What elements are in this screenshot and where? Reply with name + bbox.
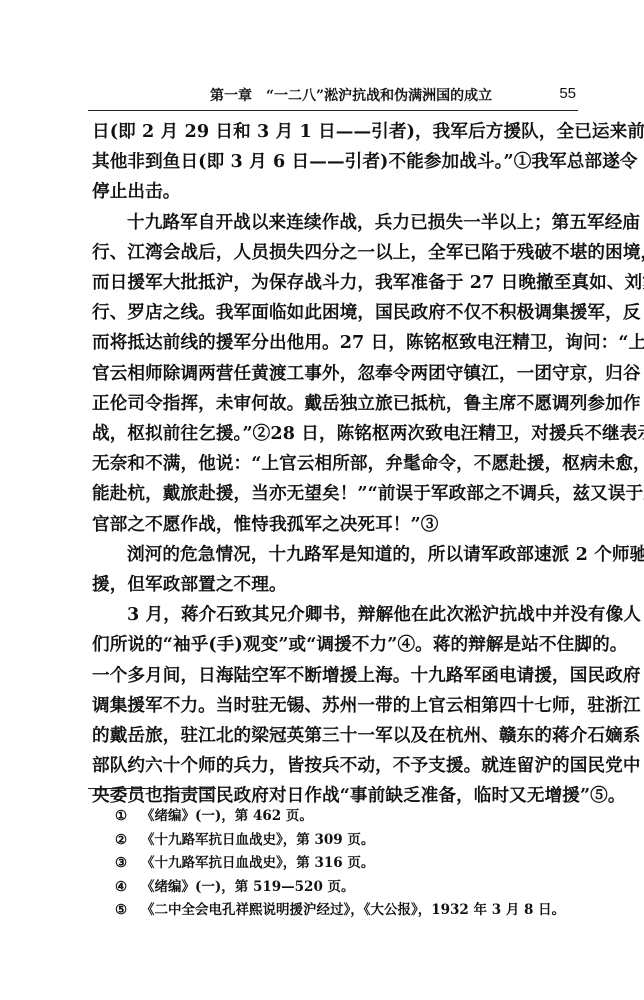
footnote-text: 《绪编》(一)，第 462 页。 — [141, 808, 313, 824]
text-line: 的戴岳旅，驻江北的梁冠英第三十一军以及在杭州、赣东的蒋介石嫡系 — [92, 721, 622, 751]
paragraph: 浏河的危急情况，十九路军是知道的，所以请军政部速派 2 个师驰 援，但军政部置之… — [92, 540, 632, 600]
text-line: 们所说的“袖乎(手)观变”或“调援不力”④。蒋的辩解是站不住脚的。 — [92, 630, 622, 660]
text-line: 能赴杭，戴旅赴援，当亦无望矣！”“前误于军政部之不调兵，兹又误于上 — [92, 479, 622, 509]
paragraph: 十九路军自开战以来连续作战，兵力已损失一半以上；第五军经庙 行、江湾会战后，人员… — [92, 208, 632, 540]
book-page: 第一章 “一二八”淞沪抗战和伪满洲国的成立 55 日(即 2 月 29 日和 3… — [0, 0, 644, 1000]
text-line: 而将抵达前线的援军分出他用。27 日，陈铭枢致电汪精卫，询问：“上 — [92, 328, 622, 358]
text-line: 援，但军政部置之不理。 — [92, 570, 622, 600]
footnote: ①《绪编》(一)，第 462 页。 — [115, 805, 615, 829]
text-line: 调集援军不力。当时驻无锡、苏州一带的上官云相第四十七师，驻浙江 — [92, 691, 622, 721]
text-line: 行、罗店之线。我军面临如此困境，国民政府不仅不积极调集援军，反 — [92, 298, 622, 328]
footnote: ②《十九路军抗日血战史》，第 309 页。 — [115, 829, 615, 853]
text-line: 停止出击。 — [92, 177, 622, 207]
footnote-text: 《十九路军抗日血战史》，第 309 页。 — [141, 832, 374, 848]
footnote: ⑤《二中全会电孔祥熙说明援沪经过》，《大公报》，1932 年 3 月 8 日。 — [115, 899, 615, 923]
footnote-mark: ② — [115, 829, 141, 853]
header-rule — [88, 110, 578, 111]
footnote-text: 《十九路军抗日血战史》，第 316 页。 — [141, 855, 374, 871]
text-line: 而日援军大批抵沪，为保存战斗力，我军准备于 27 日晚撤至真如、刘家 — [92, 268, 622, 298]
footnote-text: 《二中全会电孔祥熙说明援沪经过》，《大公报》，1932 年 3 月 8 日。 — [141, 902, 565, 918]
running-head: 第一章 “一二八”淞沪抗战和伪满洲国的成立 55 — [88, 85, 576, 105]
text-line: 3 月，蒋介石致其兄介卿书，辩解他在此次淞沪抗战中并没有像人 — [92, 600, 622, 630]
text-line: 行、江湾会战后，人员损失四分之一以上，全军已陷于残破不堪的困境， — [92, 238, 622, 268]
text-line: 战，枢拟前往乞援。”②28 日，陈铭枢两次致电汪精卫，对援兵不继表示 — [92, 419, 622, 449]
body-text: 日(即 2 月 29 日和 3 月 1 日——引者)，我军后方援队，全已运来前线… — [92, 117, 632, 812]
text-line: 十九路军自开战以来连续作战，兵力已损失一半以上；第五军经庙 — [92, 208, 622, 238]
footnote: ④《绪编》(一)，第 519—520 页。 — [115, 876, 615, 900]
text-line: 一个多月间，日海陆空军不断增援上海。十九路军函电请援，国民政府 — [92, 661, 622, 691]
text-line: 日(即 2 月 29 日和 3 月 1 日——引者)，我军后方援队，全已运来前线… — [92, 117, 622, 147]
footnote: ③《十九路军抗日血战史》，第 316 页。 — [115, 852, 615, 876]
footnotes: ①《绪编》(一)，第 462 页。 ②《十九路军抗日血战史》，第 309 页。 … — [115, 805, 615, 923]
footnote-text: 《绪编》(一)，第 519—520 页。 — [141, 879, 355, 895]
text-line: 官云相师除调两营任黄渡工事外，忽奉令两团守镇江，一团守京，归谷 — [92, 359, 622, 389]
footnote-mark: ④ — [115, 876, 141, 900]
footnote-rule — [88, 788, 216, 789]
text-line: 官部之不愿作战，惟恃我孤军之决死耳！”③ — [92, 510, 622, 540]
footnote-mark: ⑤ — [115, 899, 141, 923]
footnote-mark: ③ — [115, 852, 141, 876]
chapter-title: 第一章 “一二八”淞沪抗战和伪满洲国的成立 — [210, 85, 492, 105]
text-line: 部队约六十个师的兵力，皆按兵不动，不予支援。就连留沪的国民党中 — [92, 751, 622, 781]
footnote-mark: ① — [115, 805, 141, 829]
text-line: 无奈和不满，他说：“上官云相所部，弁髦命令，不愿赴援，枢病未愈，不 — [92, 449, 622, 479]
text-line: 其他非到鱼日(即 3 月 6 日——引者)不能参加战斗。”①我军总部遂令 — [92, 147, 622, 177]
text-line: 浏河的危急情况，十九路军是知道的，所以请军政部速派 2 个师驰 — [92, 540, 622, 570]
text-line: 正伦司令指挥，未审何故。戴岳独立旅已抵杭，鲁主席不愿调列参加作 — [92, 389, 622, 419]
paragraph: 日(即 2 月 29 日和 3 月 1 日——引者)，我军后方援队，全已运来前线… — [92, 117, 632, 208]
paragraph: 3 月，蒋介石致其兄介卿书，辩解他在此次淞沪抗战中并没有像人 们所说的“袖乎(手… — [92, 600, 632, 811]
page-number: 55 — [559, 85, 576, 102]
